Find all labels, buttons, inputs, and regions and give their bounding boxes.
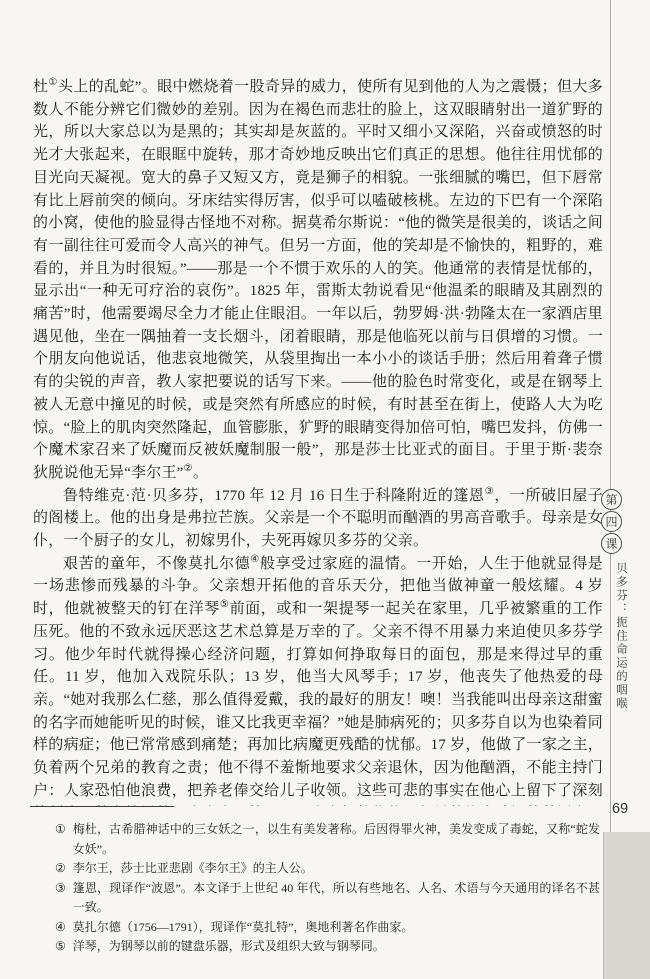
footnote-text: 梅杜，古希腊神话中的三女妖之一，以生有美发著称。后因得罪火神，美发变成了毒蛇，又… xyxy=(73,820,600,859)
lesson-badge-char-2: 四 xyxy=(601,511,622,532)
paragraph-beethoven-birth: 鲁特维克·范·贝多芬，1770 年 12 月 16 日生于科隆附近的篷恩③，一所… xyxy=(33,485,603,553)
footnote-2: ② 李尔王，莎士比亚悲剧《李尔王》的主人公。 xyxy=(55,859,600,879)
lesson-badge-char-3: 课 xyxy=(601,533,622,554)
page-number: 69 xyxy=(612,801,628,817)
footnote-text: 篷恩，现译作“波恩”。本文译于上世纪 40 年代，所以有些地名、人名、术语与今天… xyxy=(73,879,600,918)
footnote-1: ① 梅杜，古希腊神话中的三女妖之一，以生有美发著称。后因得罪火神，美发变成了毒蛇… xyxy=(55,820,600,859)
footnote-marker: ④ xyxy=(55,918,66,938)
footnotes-block: ① 梅杜，古希腊神话中的三女妖之一，以生有美发著称。后因得罪火神，美发变成了毒蛇… xyxy=(55,820,600,957)
footnote-separator xyxy=(30,806,174,807)
footnote-text: 莫扎尔德（1756—1791），现译作“莫扎特”，奥地利著名作曲家。 xyxy=(73,918,600,938)
footnote-marker: ① xyxy=(55,820,66,859)
footnote-4: ④ 莫扎尔德（1756—1791），现译作“莫扎特”，奥地利著名作曲家。 xyxy=(55,918,600,938)
footnote-marker: ⑤ xyxy=(55,937,66,957)
footnote-text: 李尔王，莎士比亚悲剧《李尔王》的主人公。 xyxy=(73,859,600,879)
paragraph-continuation: 杜①头上的乱蛇”。眼中燃烧着一股奇异的威力，使所有见到他的人为之震慑；但大多数人… xyxy=(33,76,603,485)
lesson-badge: 第 四 课 xyxy=(601,489,622,554)
footnote-marker: ② xyxy=(55,859,66,879)
footnote-5: ⑤ 洋琴，为钢琴以前的键盘乐器，形式及组织大致与钢琴同。 xyxy=(55,937,600,957)
paragraph-childhood: 艰苦的童年，不像莫扎尔德④般享受过家庭的温情。一开始，人生于他就显得是一场悲惨而… xyxy=(33,553,603,806)
footnote-marker: ③ xyxy=(55,879,66,918)
corner-scan-shade xyxy=(603,832,650,979)
footnote-text: 洋琴，为钢琴以前的键盘乐器，形式及组织大致与钢琴同。 xyxy=(73,937,600,957)
footnote-3: ③ 篷恩，现译作“波恩”。本文译于上世纪 40 年代，所以有些地名、人名、术语与… xyxy=(55,879,600,918)
margin-chapter-title: 贝多芬：扼住命运的咽喉 xyxy=(613,562,629,782)
lesson-badge-char-1: 第 xyxy=(601,489,622,510)
book-page: 杜①头上的乱蛇”。眼中燃烧着一股奇异的威力，使所有见到他的人为之震慑；但大多数人… xyxy=(0,0,650,979)
body-text-block: 杜①头上的乱蛇”。眼中燃烧着一股奇异的威力，使所有见到他的人为之震慑；但大多数人… xyxy=(33,76,603,806)
